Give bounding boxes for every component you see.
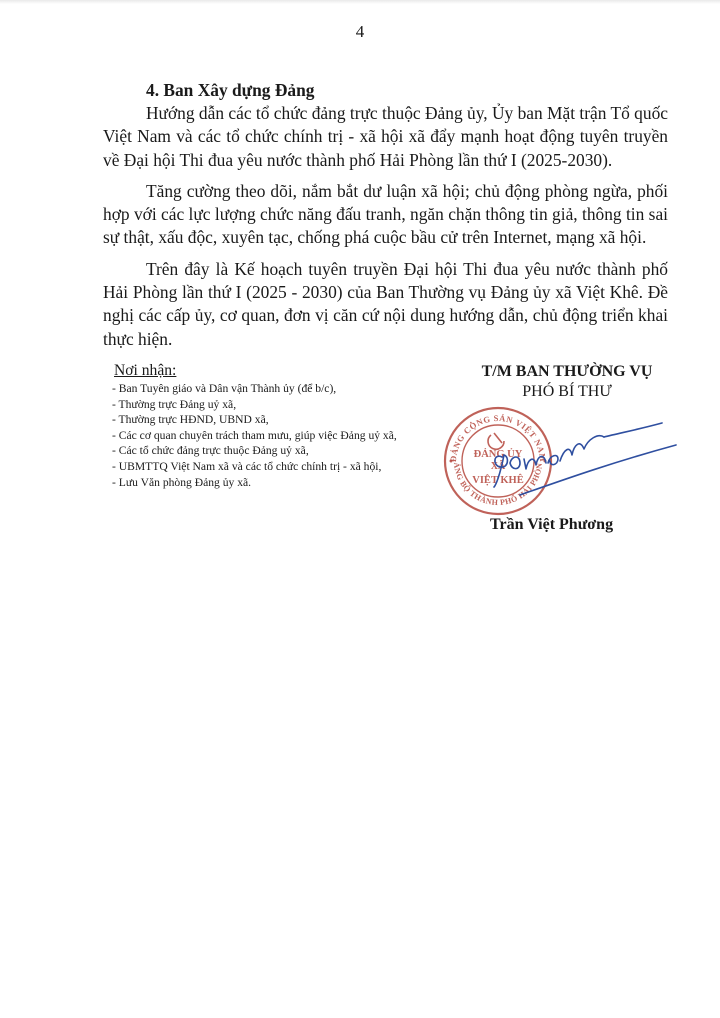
recipient-item: - Thường trực HĐND, UBND xã, [112, 412, 452, 428]
page-top-edge [0, 0, 720, 4]
recipient-item: - Các cơ quan chuyên trách tham mưu, giú… [112, 428, 452, 444]
section-content: 4. Ban Xây dựng Đảng Hướng dẫn các tổ ch… [103, 78, 668, 351]
recipient-item: - Thường trực Đảng uỷ xã, [112, 397, 452, 413]
section-heading: 4. Ban Xây dựng Đảng [146, 78, 668, 102]
recipients-title: Nơi nhận: [112, 362, 452, 380]
paragraph-conclusion: Trên đây là Kế hoạch tuyên truyền Đại hộ… [103, 258, 668, 351]
paragraph-guidance: Hướng dẫn các tổ chức đảng trực thuộc Đả… [103, 102, 668, 172]
recipient-item: - Các tổ chức đảng trực thuộc Đảng uỷ xã… [112, 443, 452, 459]
page-number: 4 [0, 22, 720, 42]
handwritten-signature [480, 415, 680, 510]
recipient-item: - Ban Tuyên giáo và Dân vận Thành ủy (để… [112, 381, 452, 397]
recipients-block: Nơi nhận: - Ban Tuyên giáo và Dân vận Th… [112, 362, 452, 490]
recipient-item: - Lưu Văn phòng Đảng ủy xã. [112, 475, 452, 491]
signer-position: PHÓ BÍ THƯ [456, 382, 678, 402]
signer-name: Trần Việt Phương [490, 515, 613, 535]
signing-authority: T/M BAN THƯỜNG VỤ [456, 362, 678, 382]
paragraph-monitoring: Tăng cường theo dõi, nắm bắt dư luận xã … [103, 180, 668, 250]
recipient-item: - UBMTTQ Việt Nam xã và các tổ chức chín… [112, 459, 452, 475]
signature-block: T/M BAN THƯỜNG VỤ PHÓ BÍ THƯ [438, 362, 678, 402]
